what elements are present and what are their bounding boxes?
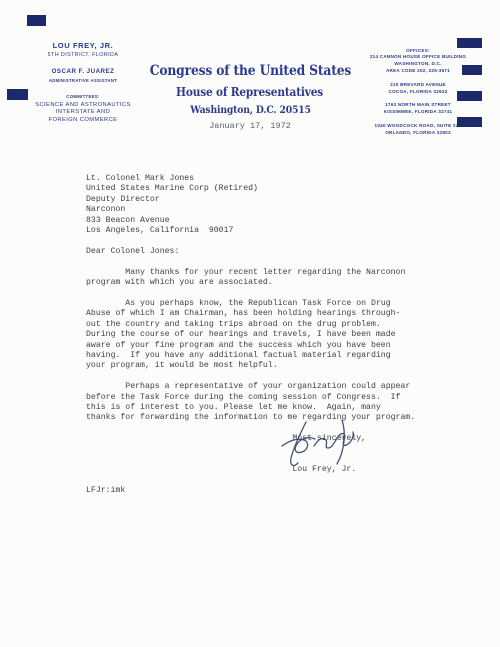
washington-line: Washington, D.C. 20515 xyxy=(120,104,380,116)
house-title: House of Representatives xyxy=(120,85,380,99)
member-district: 5TH DISTRICT, FLORIDA xyxy=(8,52,158,58)
redaction-mark xyxy=(457,117,482,127)
signature xyxy=(270,412,380,482)
letterhead-seal-block: Congress of the United States House of R… xyxy=(120,63,380,131)
offices-label: OFFICES: xyxy=(352,48,484,53)
redaction-mark xyxy=(7,89,28,100)
redaction-mark xyxy=(27,15,46,26)
redaction-mark xyxy=(462,65,482,75)
redaction-mark xyxy=(457,91,482,101)
letter-date: January 17, 1972 xyxy=(120,121,380,131)
redaction-mark xyxy=(457,38,482,48)
congress-title: Congress of the United States xyxy=(120,63,380,79)
letter-page: LOU FREY, JR. 5TH DISTRICT, FLORIDA OSCA… xyxy=(0,0,500,647)
member-name: LOU FREY, JR. xyxy=(8,41,158,50)
